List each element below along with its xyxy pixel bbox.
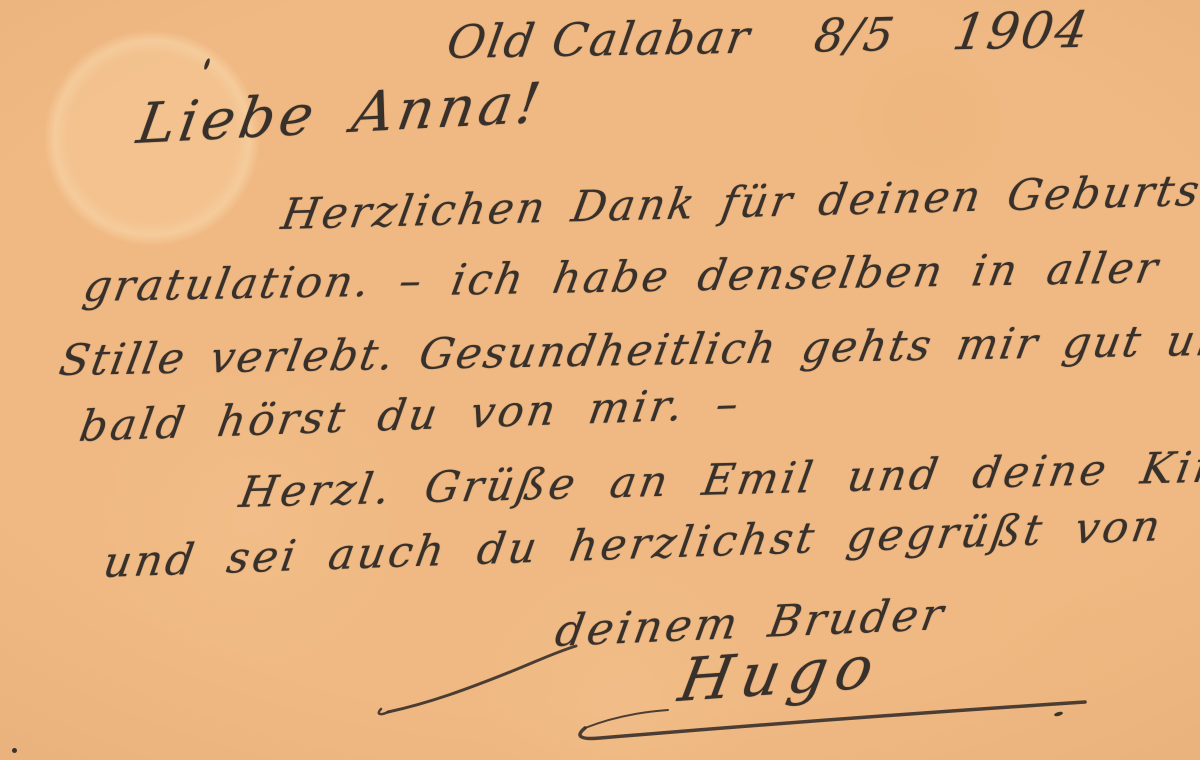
body-line: Stille verlebt. Gesundheitlich gehts mir…: [56, 315, 1200, 386]
dateline-gap: [893, 49, 951, 50]
dateline-date: 8/5: [811, 7, 900, 62]
ink-speck: [1054, 711, 1064, 717]
body-line: bald hörst du von mir. –: [76, 379, 745, 452]
dateline-place: Old Calabar: [444, 10, 756, 69]
ink-speck: [12, 748, 17, 753]
body-line: gratulation. – ich habe denselben in all…: [80, 243, 1164, 312]
ink-speck: [203, 58, 211, 71]
body-line: Herzlichen Dank für deinen Geburtstags-: [278, 163, 1200, 240]
dateline: Old Calabar8/51904: [443, 1, 1093, 70]
salutation-line: Liebe Anna!: [133, 71, 549, 157]
signature: Hugo: [674, 632, 887, 716]
dateline-gap: [748, 52, 812, 53]
dateline-year: 1904: [949, 1, 1094, 61]
postcard: Old Calabar8/51904 Liebe Anna! Herzliche…: [0, 0, 1200, 760]
